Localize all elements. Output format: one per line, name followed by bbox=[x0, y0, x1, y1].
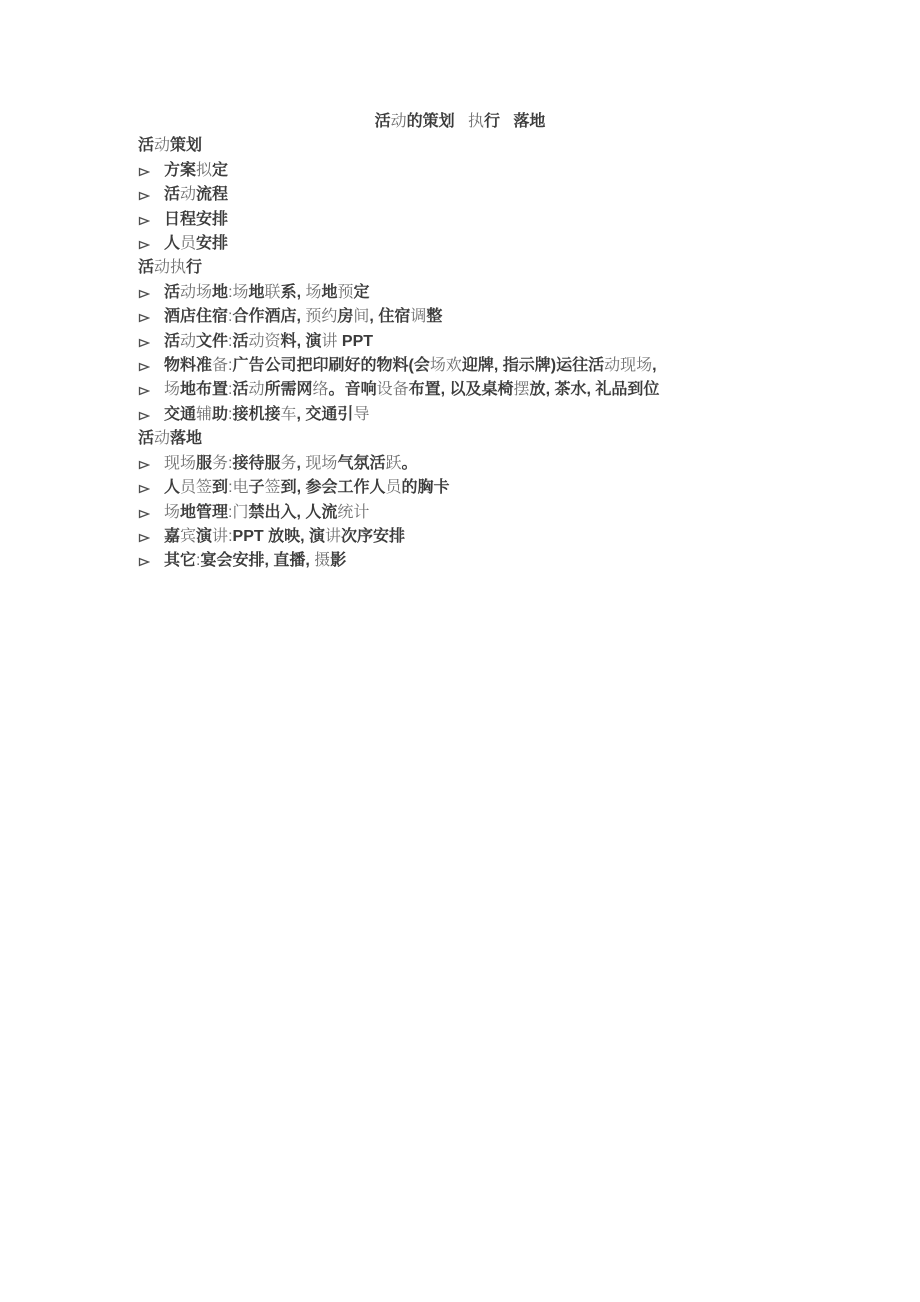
text-run: 活 bbox=[164, 284, 180, 301]
text-run: 禁出入 bbox=[249, 504, 297, 521]
text-run: 动 bbox=[180, 333, 196, 350]
text-run: 子 bbox=[249, 479, 265, 496]
arrow-bullet-icon bbox=[138, 208, 164, 232]
text-run: 地管理 bbox=[180, 504, 228, 521]
list-item-text: 交通辅助:接机接车, 交通引导 bbox=[164, 403, 782, 427]
text-run: 料 bbox=[281, 333, 297, 350]
text-run: , bbox=[494, 357, 503, 374]
text-run: 活 bbox=[138, 259, 154, 276]
text-run: 动 bbox=[180, 186, 196, 203]
document-content: 活动的策划 执行 落地 活动策划方案拟定活动流程日程安排人员安排活动执行活动场地… bbox=[138, 110, 782, 574]
section-heading: 活动执行 bbox=[138, 256, 782, 280]
arrow-bullet-icon bbox=[138, 403, 164, 427]
text-run: 合作酒店 bbox=[232, 308, 296, 325]
list-item-text: 活动文件:活动资料, 演讲 PPT bbox=[164, 330, 782, 354]
text-run: PPT bbox=[337, 333, 373, 350]
list-item: 人员安排 bbox=[138, 232, 782, 256]
text-run: 备 bbox=[393, 381, 409, 398]
list-item: 物料准备:广告公司把印刷好的物料(会场欢迎牌, 指示牌)运往活动现场, bbox=[138, 354, 782, 378]
text-run: 文件 bbox=[196, 333, 228, 350]
text-run: 执 bbox=[468, 113, 484, 130]
text-run: 员 bbox=[180, 479, 196, 496]
list-item-text: 场地布置:活动所需网络。音响设备布置, 以及桌椅摆放, 茶水, 礼品到位 bbox=[164, 378, 782, 402]
text-run: 活 bbox=[138, 137, 154, 154]
text-run: 直播 bbox=[273, 552, 305, 569]
text-run: 动 bbox=[154, 430, 170, 447]
text-run: 酒店住宿 bbox=[164, 308, 228, 325]
list-item-text: 日程安排 bbox=[164, 208, 782, 232]
text-run: 系 bbox=[281, 284, 297, 301]
text-run: 场 bbox=[164, 504, 180, 521]
text-run: 执 bbox=[170, 259, 186, 276]
text-run: 设 bbox=[377, 381, 393, 398]
list-item: 场地管理:门禁出入, 人流统计 bbox=[138, 501, 782, 525]
text-run: 辅 bbox=[196, 406, 212, 423]
list-item-text: 人员安排 bbox=[164, 232, 782, 256]
text-run: 动 bbox=[154, 137, 170, 154]
text-run: 地 bbox=[249, 284, 265, 301]
text-run: 活 bbox=[164, 333, 180, 350]
text-run: 安排 bbox=[196, 235, 228, 252]
text-run bbox=[500, 113, 513, 130]
list-item-text: 活动场地:场地联系, 场地预定 bbox=[164, 281, 782, 305]
list-item-text: 物料准备:广告公司把印刷好的物料(会场欢迎牌, 指示牌)运往活动现场, bbox=[164, 354, 782, 378]
text-run: 人流 bbox=[305, 504, 337, 521]
text-run: 务 bbox=[212, 455, 228, 472]
text-run: 的策划 bbox=[407, 113, 455, 130]
text-run: 行 bbox=[484, 113, 500, 130]
text-run: 活 bbox=[232, 381, 248, 398]
text-run: 影 bbox=[330, 552, 346, 569]
text-run: 欢 bbox=[446, 357, 462, 374]
text-run: 布置 bbox=[409, 381, 441, 398]
text-run: 间 bbox=[353, 308, 369, 325]
list-item-text: 现场服务:接待服务, 现场气氛活跃。 bbox=[164, 452, 782, 476]
list-item-text: 人员签到:电子签到, 参会工作人员的胸卡 bbox=[164, 476, 782, 500]
text-run: 演 bbox=[196, 528, 212, 545]
list-item: 活动流程 bbox=[138, 183, 782, 207]
section-heading: 活动落地 bbox=[138, 427, 782, 451]
text-run: 广告公司把印刷好的物料(会 bbox=[232, 357, 429, 374]
text-run: 交通 bbox=[164, 406, 196, 423]
text-run: , bbox=[300, 528, 309, 545]
arrow-bullet-icon bbox=[138, 183, 164, 207]
text-run: 地布置 bbox=[180, 381, 228, 398]
text-run: 活 bbox=[233, 333, 249, 350]
list-item: 其它:宴会安排, 直播, 摄影 bbox=[138, 549, 782, 573]
text-run: 场 bbox=[196, 284, 212, 301]
arrow-bullet-icon bbox=[138, 159, 164, 183]
text-run: 预约 bbox=[305, 308, 337, 325]
list-item: 活动场地:场地联系, 场地预定 bbox=[138, 281, 782, 305]
text-run: 接待服 bbox=[233, 455, 281, 472]
text-run: 所需网 bbox=[265, 381, 313, 398]
text-run: 房 bbox=[337, 308, 353, 325]
text-run: 宾 bbox=[180, 528, 196, 545]
text-run: 。 bbox=[401, 455, 417, 472]
list-item: 人员签到:电子签到, 参会工作人员的胸卡 bbox=[138, 476, 782, 500]
text-run: 现 bbox=[620, 357, 636, 374]
text-run: 调 bbox=[410, 308, 426, 325]
arrow-bullet-icon bbox=[138, 378, 164, 402]
text-run: 嘉 bbox=[164, 528, 180, 545]
text-run: 场 bbox=[164, 381, 180, 398]
text-run: 服 bbox=[196, 455, 212, 472]
text-run: 物料准 bbox=[164, 357, 212, 374]
arrow-bullet-icon bbox=[138, 452, 164, 476]
text-run: 人 bbox=[164, 479, 180, 496]
text-run: 车 bbox=[281, 406, 297, 423]
text-run: 现场 bbox=[164, 455, 196, 472]
text-run: 演 bbox=[309, 528, 325, 545]
text-run: 签 bbox=[196, 479, 212, 496]
text-run: 次序安排 bbox=[341, 528, 405, 545]
text-run: 摄 bbox=[314, 552, 330, 569]
arrow-bullet-icon bbox=[138, 354, 164, 378]
text-run: 日程安排 bbox=[164, 211, 228, 228]
text-run: 拟 bbox=[196, 162, 212, 179]
text-run: 员 bbox=[180, 235, 196, 252]
text-run: 现场 bbox=[305, 455, 337, 472]
text-run: 联 bbox=[265, 284, 281, 301]
text-run: 到 bbox=[212, 479, 228, 496]
text-run: 流程 bbox=[196, 186, 228, 203]
text-run: 迎牌 bbox=[462, 357, 494, 374]
list-item: 酒店住宿:合作酒店, 预约房间, 住宿调整 bbox=[138, 305, 782, 329]
text-run: 指示牌)运往活 bbox=[503, 357, 604, 374]
text-run: 动 bbox=[391, 113, 407, 130]
arrow-bullet-icon bbox=[138, 525, 164, 549]
list-item: 现场服务:接待服务, 现场气氛活跃。 bbox=[138, 452, 782, 476]
text-run: , bbox=[369, 308, 378, 325]
list-item-text: 活动流程 bbox=[164, 183, 782, 207]
text-run: 其它 bbox=[164, 552, 196, 569]
text-run: 到 bbox=[281, 479, 297, 496]
text-run bbox=[455, 113, 468, 130]
text-run: 场 bbox=[305, 284, 321, 301]
text-run: , 以及桌椅 bbox=[441, 381, 514, 398]
arrow-bullet-icon bbox=[138, 549, 164, 573]
text-run: 定 bbox=[212, 162, 228, 179]
text-run: 活 bbox=[138, 430, 154, 447]
text-run: 落地 bbox=[170, 430, 202, 447]
text-run: 落地 bbox=[513, 113, 545, 130]
text-run: 宴会安排 bbox=[200, 552, 264, 569]
text-run: 住宿 bbox=[378, 308, 410, 325]
list-item-text: 场地管理:门禁出入, 人流统计 bbox=[164, 501, 782, 525]
text-run: , bbox=[305, 552, 314, 569]
text-run: 活 bbox=[164, 186, 180, 203]
text-run: 放 bbox=[530, 381, 546, 398]
text-run: 导 bbox=[353, 406, 369, 423]
text-run: 动 bbox=[154, 259, 170, 276]
text-run: , 茶水, 礼品到位 bbox=[546, 381, 660, 398]
arrow-bullet-icon bbox=[138, 330, 164, 354]
document-title: 活动的策划 执行 落地 bbox=[138, 110, 782, 134]
text-run: 务 bbox=[281, 455, 297, 472]
text-run: 络 bbox=[313, 381, 329, 398]
text-run: 跃 bbox=[385, 455, 401, 472]
text-run: 场 bbox=[233, 284, 249, 301]
arrow-bullet-icon bbox=[138, 476, 164, 500]
list-item: 活动文件:活动资料, 演讲 PPT bbox=[138, 330, 782, 354]
text-run: 气氛活 bbox=[337, 455, 385, 472]
text-run: 员 bbox=[385, 479, 401, 496]
text-run: 动 bbox=[604, 357, 620, 374]
list-item-text: 酒店住宿:合作酒店, 预约房间, 住宿调整 bbox=[164, 305, 782, 329]
section-heading: 活动策划 bbox=[138, 134, 782, 158]
text-run: 统计 bbox=[337, 504, 369, 521]
text-run: 接机接 bbox=[233, 406, 281, 423]
list-item: 嘉宾演讲:PPT 放映, 演讲次序安排 bbox=[138, 525, 782, 549]
text-run: 动 bbox=[249, 381, 265, 398]
text-run: 助 bbox=[212, 406, 228, 423]
text-run: , bbox=[652, 357, 656, 374]
text-run: 门 bbox=[232, 504, 248, 521]
text-run: 人 bbox=[164, 235, 180, 252]
text-run: 讲 bbox=[212, 528, 228, 545]
text-run: 备 bbox=[212, 357, 228, 374]
list-item-text: 其它:宴会安排, 直播, 摄影 bbox=[164, 549, 782, 573]
arrow-bullet-icon bbox=[138, 501, 164, 525]
text-run: 动 bbox=[180, 284, 196, 301]
text-run: 讲 bbox=[321, 333, 337, 350]
list-item: 场地布置:活动所需网络。音响设备布置, 以及桌椅摆放, 茶水, 礼品到位 bbox=[138, 378, 782, 402]
list-item: 交通辅助:接机接车, 交通引导 bbox=[138, 403, 782, 427]
text-run: 地 bbox=[321, 284, 337, 301]
list-item: 日程安排 bbox=[138, 208, 782, 232]
text-run: 预 bbox=[338, 284, 354, 301]
text-run: 动 bbox=[249, 333, 265, 350]
text-run: 定 bbox=[354, 284, 370, 301]
text-run: 参会工作人 bbox=[305, 479, 385, 496]
document-sections: 活动策划方案拟定活动流程日程安排人员安排活动执行活动场地:场地联系, 场地预定酒… bbox=[138, 134, 782, 573]
list-item-text: 嘉宾演讲:PPT 放映, 演讲次序安排 bbox=[164, 525, 782, 549]
text-run: 演 bbox=[305, 333, 321, 350]
text-run: 场 bbox=[636, 357, 652, 374]
text-run: 摆 bbox=[514, 381, 530, 398]
arrow-bullet-icon bbox=[138, 281, 164, 305]
text-run: 交通引 bbox=[305, 406, 353, 423]
text-run: 资 bbox=[265, 333, 281, 350]
text-run: 签 bbox=[265, 479, 281, 496]
text-run: 场 bbox=[430, 357, 446, 374]
list-item-text: 方案拟定 bbox=[164, 159, 782, 183]
text-run: 电 bbox=[233, 479, 249, 496]
text-run: 活 bbox=[375, 113, 391, 130]
list-item: 方案拟定 bbox=[138, 159, 782, 183]
text-run: 行 bbox=[186, 259, 202, 276]
text-run: 整 bbox=[426, 308, 442, 325]
text-run: 音响 bbox=[345, 381, 377, 398]
text-run: 的胸卡 bbox=[402, 479, 450, 496]
text-run: 地 bbox=[212, 284, 228, 301]
arrow-bullet-icon bbox=[138, 305, 164, 329]
text-run: 方案 bbox=[164, 162, 196, 179]
arrow-bullet-icon bbox=[138, 232, 164, 256]
text-run: 策划 bbox=[170, 137, 202, 154]
text-run: 讲 bbox=[325, 528, 341, 545]
document-page: 活动的策划 执行 落地 活动策划方案拟定活动流程日程安排人员安排活动执行活动场地… bbox=[0, 0, 920, 1302]
text-run: PPT 放映 bbox=[233, 528, 301, 545]
text-run: 。 bbox=[329, 381, 345, 398]
